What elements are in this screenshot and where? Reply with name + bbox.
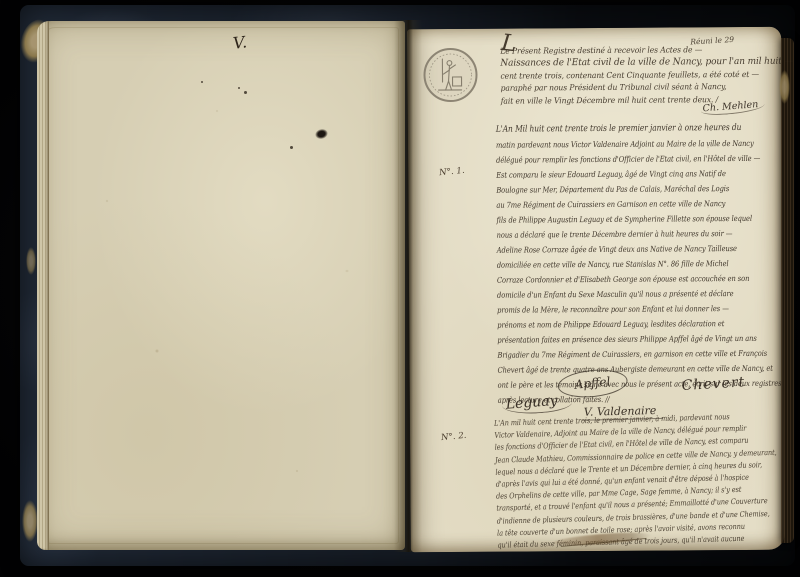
manuscript-line: cent trente trois, contenant Cent Cinqua… (500, 68, 785, 82)
scanned-register-photo: V. L Réuni le 29 Le Présent Registr (0, 0, 800, 577)
manuscript-line: délégué pour remplir les fonctions d'Off… (496, 151, 789, 168)
ink-dot (238, 87, 240, 89)
margin-number-act1: N°. 1. (439, 166, 465, 178)
ink-blot (314, 128, 329, 141)
worn-spot-left-edge (26, 247, 36, 275)
register-header-paragraph: Le Présent Registre destiné à recevoir l… (500, 44, 785, 108)
signature-leguay: Leguay (501, 392, 572, 416)
ink-dot (201, 81, 203, 83)
book-gutter-shadow (394, 20, 422, 552)
page-mark-v: V. (232, 32, 248, 52)
manuscript-line: fils de Philippe Augustin Leguay et de S… (496, 211, 789, 228)
page-stack-right-edge (781, 38, 794, 543)
page-stack-left-edge (37, 21, 49, 550)
margin-number-act2: N°. 2. (441, 431, 467, 443)
right-page: L Réuni le 29 Le Présent Registre destin… (407, 27, 785, 553)
notarial-seal-icon (421, 46, 479, 104)
worn-spot-right-edge (779, 70, 790, 104)
manuscript-line: Corraze Cordonnier et d'Elisabeth George… (497, 271, 790, 288)
birth-act-1-paragraph: L'An Mil huit cent trente trois le premi… (496, 121, 791, 408)
ink-dot (290, 146, 293, 149)
ink-dot (244, 91, 247, 94)
birth-act-2-paragraph: L'An mil huit cent trente trois, le prem… (494, 409, 797, 552)
manuscript-line: ont le père et les témoins signé avec no… (498, 376, 791, 393)
left-page: V. (37, 21, 405, 550)
